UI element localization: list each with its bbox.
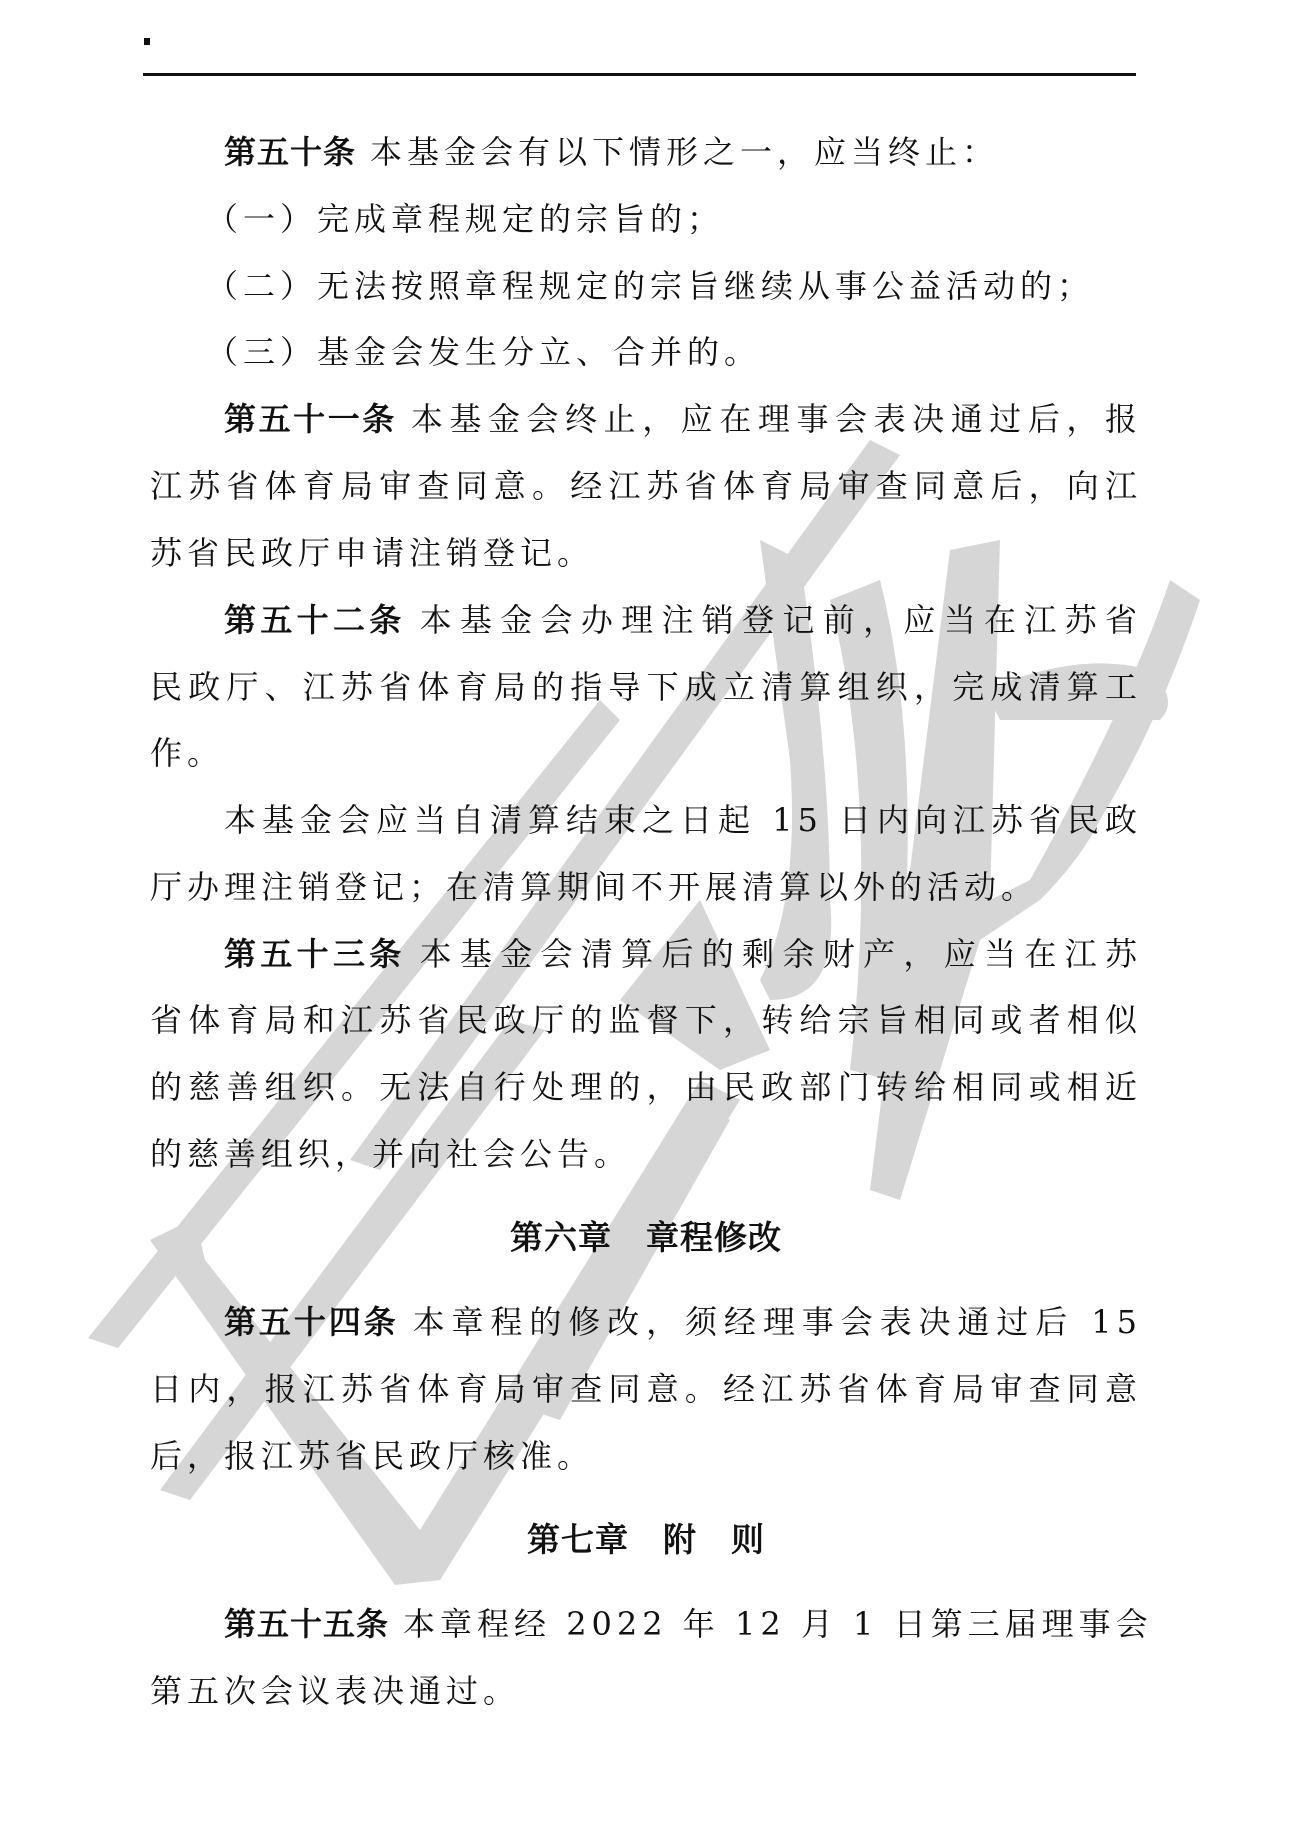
article-54-line-1: 第五十四条本章程的修改，须经理事会表决通过后 15 xyxy=(150,1302,1142,1342)
article-label: 第五十五条 xyxy=(224,1605,389,1643)
article-53-line-4: 的慈善组织，并向社会公告。 xyxy=(150,1134,1142,1174)
page-mark xyxy=(144,38,150,45)
article-53-line-2: 省体育局和江苏省民政厅的监督下，转给宗旨相同或者相似 xyxy=(150,1000,1142,1040)
article-55-line-1: 第五十五条本章程经 2022 年 12 月 1 日第三届理事会 xyxy=(150,1604,1142,1644)
article-50-line-1: 第五十条本基金会有以下情形之一，应当终止： xyxy=(150,132,1142,172)
article-label: 第五十二条 xyxy=(224,601,406,639)
article-53-line-3: 的慈善组织。无法自行处理的，由民政部门转给相同或相近 xyxy=(150,1067,1142,1107)
article-52-line-3: 作。 xyxy=(150,733,1142,773)
article-51-line-3: 苏省民政厅申请注销登记。 xyxy=(150,533,1142,573)
article-text: 本基金会终止，应在理事会表决通过后，报 xyxy=(411,400,1142,438)
article-50-item-3: （三）基金会发生分立、合并的。 xyxy=(150,332,1142,372)
chapter-6-heading: 第六章 章程修改 xyxy=(150,1217,1142,1259)
article-50-item-1: （一）完成章程规定的宗旨的； xyxy=(150,199,1142,239)
article-text: 本基金会有以下情形之一，应当终止： xyxy=(370,133,999,171)
article-53-line-1: 第五十三条本基金会清算后的剩余财产，应当在江苏 xyxy=(150,934,1142,974)
article-55-line-2: 第五次会议表决通过。 xyxy=(150,1671,1142,1711)
article-text: 本章程的修改，须经理事会表决通过后 15 xyxy=(413,1303,1142,1341)
article-label: 第五十三条 xyxy=(224,935,406,973)
article-50-item-2: （二）无法按照章程规定的宗旨继续从事公益活动的； xyxy=(150,266,1142,306)
article-54-line-2: 日内，报江苏省体育局审查同意。经江苏省体育局审查同意 xyxy=(150,1369,1142,1409)
article-54-line-3: 后，报江苏省民政厅核准。 xyxy=(150,1436,1142,1476)
article-52-line-2: 民政厅、江苏省体育局的指导下成立清算组织，完成清算工 xyxy=(150,667,1142,707)
article-52-line-1: 第五十二条本基金会办理注销登记前，应当在江苏省 xyxy=(150,600,1142,640)
article-text: 本基金会清算后的剩余财产，应当在江苏 xyxy=(420,935,1142,973)
article-51-line-2: 江苏省体育局审查同意。经江苏省体育局审查同意后，向江 xyxy=(150,466,1142,506)
article-51-line-1: 第五十一条本基金会终止，应在理事会表决通过后，报 xyxy=(150,399,1142,439)
article-label: 第五十四条 xyxy=(224,1303,399,1341)
chapter-7-heading: 第七章 附 则 xyxy=(150,1519,1142,1561)
header-rule xyxy=(143,73,1136,76)
article-52-para2-line-2: 厅办理注销登记；在清算期间不开展清算以外的活动。 xyxy=(150,867,1142,907)
article-label: 第五十一条 xyxy=(224,400,397,438)
article-52-para2-line-1: 本基金会应当自清算结束之日起 15 日内向江苏省民政 xyxy=(150,800,1142,840)
article-text: 本章程经 2022 年 12 月 1 日第三届理事会 xyxy=(403,1605,1153,1643)
article-label: 第五十条 xyxy=(224,133,356,171)
article-text: 本基金会办理注销登记前，应当在江苏省 xyxy=(420,601,1142,639)
